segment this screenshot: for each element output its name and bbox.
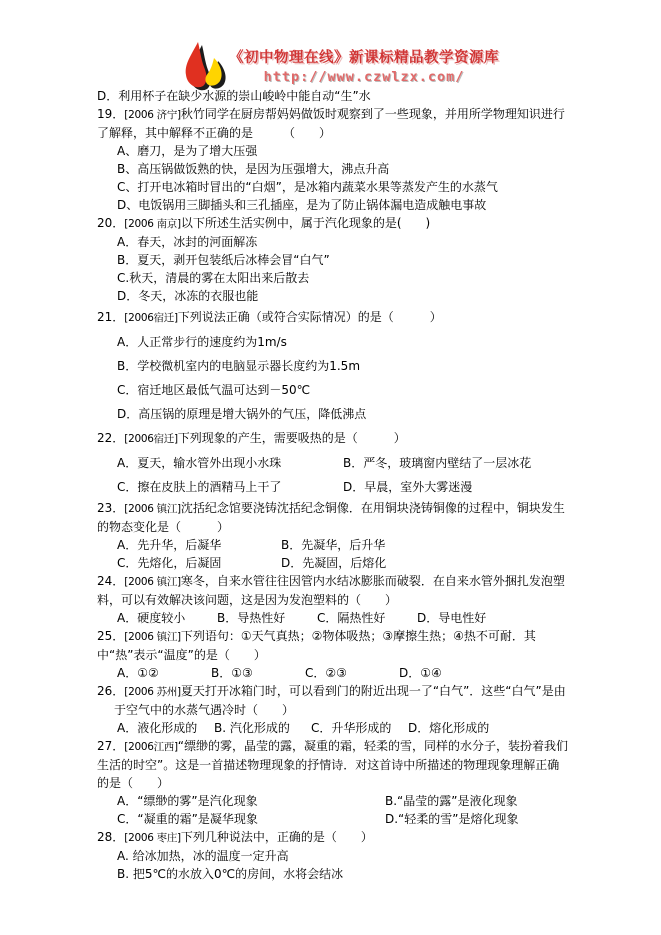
question-source-tag: [2006 镇江] [124,631,181,643]
question-22-option-b: B．严冬，玻璃窗内壁结了一层冰花 [343,451,531,475]
question-19-option-b: B、高压锅做饭熟的快，是因为压强增大，沸点升高 [97,160,569,178]
question-26-stem: 26．[2006 苏州]夏天打开冰箱门时，可以看到门的附近出现一了“白气”．这些… [97,682,569,719]
question-25-option-c: C．②③ [305,664,399,682]
question-27-option-b: B.“晶莹的露”是液化现象 [385,792,517,810]
question-23-option-b: B．先凝华，后升华 [281,536,385,554]
question-number: 19． [97,107,124,121]
question-21-option-b: B．学校微机室内的电脑显示器长度约为1.5m [97,354,569,378]
question-source-tag: [2006 镇江] [124,503,181,515]
question-24-option-b: B．导热性好 [217,609,317,627]
question-number: 28． [97,830,124,844]
question-25-option-d: D．①④ [399,664,442,682]
question-22: 22．[2006宿迁]下列现象的产生，需要吸热的是（ ） A．夏天，输水管外出现… [97,426,569,499]
question-19-option-d: D、电饭锅用三脚插头和三孔插座，是为了防止锅体漏电造成触电事故 [97,196,569,214]
question-source-tag: [2006 镇江] [124,576,181,588]
question-21: 21．[2006宿迁]下列说法正确（或符合实际情况）的是（ ） A．人正常步行的… [97,305,569,426]
question-23-options-row-1: A．先升华，后凝华B．先凝华，后升华 [97,536,569,554]
question-20: 20．[2006 南京]以下所述生活实例中，属于汽化现象的是( ) A．春天，冰… [97,214,569,305]
question-text: 夏天打开冰箱门时，可以看到门的附近出现一了“白气”．这些“白气”是由于空气中的水… [114,684,566,717]
question-22-options-row-1: A．夏天，输水管外出现小水珠B．严冬，玻璃窗内壁结了一层冰花 [97,451,569,475]
question-20-option-d: D．冬天，冰冻的衣服也能 [97,287,569,305]
question-source-tag: [2006 苏州] [124,686,181,698]
question-number: 21． [97,310,124,324]
question-27-option-c: C．“凝重的霜”是凝华现象 [117,810,385,828]
question-27-option-a: A．“缥缈的雾”是汽化现象 [117,792,385,810]
question-26-option-c: C．升华形成的 [311,719,408,737]
question-22-option-c: C．擦在皮肤上的酒精马上干了 [117,475,343,499]
question-19: 19．[2006 济宁]秋竹同学在厨房帮妈妈做饭时观察到了一些现象，并用所学物理… [97,105,569,214]
question-23-stem: 23．[2006 镇江]沈括纪念馆要浇铸沈括纪念铜像．在用铜块浇铸铜像的过程中，… [97,499,569,536]
question-26: 26．[2006 苏州]夏天打开冰箱门时，可以看到门的附近出现一了“白气”．这些… [97,682,569,737]
question-23-option-a: A．先升华，后凝华 [117,536,281,554]
previous-question-option-d: D．利用杯子在缺少水源的崇山峻岭中能自动“生”水 [97,87,569,105]
question-24-stem: 24．[2006 镇江]寒冬，自来水管往往因管内水结冰膨胀而破裂．在自来水管外捆… [97,572,569,609]
question-27-options-row-1: A．“缥缈的雾”是汽化现象B.“晶莹的露”是液化现象 [97,792,569,810]
question-number: 27． [97,739,124,753]
question-26-option-a: A．液化形成的 [117,719,214,737]
question-number: 26． [97,684,124,698]
question-number: 24． [97,574,124,588]
question-20-option-a: A．春天，冰封的河面解冻 [97,233,569,251]
question-source-tag: [2006 南京] [124,218,181,230]
question-number: 22． [97,431,124,445]
question-20-option-b: B．夏天，剥开包装纸后冰棒会冒“白气” [97,251,569,269]
question-source-tag: [2006 枣庄] [124,832,181,844]
question-number: 25． [97,629,124,643]
question-22-option-d: D．早晨，室外大雾迷漫 [343,475,472,499]
question-text: 下列几种说法中，正确的是（ ） [181,830,373,844]
question-22-options-row-2: C．擦在皮肤上的酒精马上干了D．早晨，室外大雾迷漫 [97,475,569,499]
question-text: 以下所述生活实例中，属于汽化现象的是( ) [181,216,430,230]
question-source-tag: [2006宿迁] [124,433,178,445]
question-24-option-a: A．硬度较小 [117,609,217,627]
question-25-stem: 25．[2006 镇江]下列语句：①天气真热；②物体吸热；③摩擦生热；④热不可耐… [97,627,569,664]
banner-title: 《初中物理在线》新课标精品教学资源库 [229,46,499,67]
question-text: 下列现象的产生，需要吸热的是（ ） [178,431,406,445]
question-23-option-d: D．先凝固，后熔化 [281,554,386,572]
question-22-option-a: A．夏天，输水管外出现小水珠 [117,451,343,475]
question-26-option-b: B. 汽化形成的 [214,719,311,737]
question-24-option-c: C．隔热性好 [317,609,417,627]
question-27-option-d: D.“轻柔的雪”是熔化现象 [385,810,519,828]
question-28-option-a: A. 给冰加热，冰的温度一定升高 [97,847,569,865]
site-banner: 《初中物理在线》新课标精品教学资源库 http://www.czwlzx.com… [184,42,499,92]
question-20-stem: 20．[2006 南京]以下所述生活实例中，属于汽化现象的是( ) [97,214,569,233]
question-source-tag: [2006宿迁] [124,312,178,324]
question-23: 23．[2006 镇江]沈括纪念馆要浇铸沈括纪念铜像．在用铜块浇铸铜像的过程中，… [97,499,569,572]
question-source-tag: [2006江西] [124,741,178,753]
question-number: 20． [97,216,124,230]
question-19-option-a: A、磨刀，是为了增大压强 [97,142,569,160]
question-24-options-row: A．硬度较小B．导热性好C．隔热性好D．导电性好 [97,609,569,627]
question-23-option-c: C．先熔化，后凝固 [117,554,281,572]
banner-url: http://www.czwlzx.com/ [229,69,499,85]
question-number: 23． [97,501,124,515]
question-text: 下列说法正确（或符合实际情况）的是（ ） [178,310,442,324]
question-22-stem: 22．[2006宿迁]下列现象的产生，需要吸热的是（ ） [97,426,569,451]
question-source-tag: [2006 济宁] [124,109,181,121]
question-24-option-d: D．导电性好 [417,609,486,627]
question-27-options-row-2: C．“凝重的霜”是凝华现象D.“轻柔的雪”是熔化现象 [97,810,569,828]
question-28-stem: 28．[2006 枣庄]下列几种说法中，正确的是（ ） [97,828,569,847]
question-28-option-b: B. 把5℃的水放入0℃的房间，水将会结冰 [97,865,569,883]
question-26-options-row: A．液化形成的B. 汽化形成的C．升华形成的D．熔化形成的 [97,719,569,737]
question-25-option-a: A．①② [117,664,211,682]
question-27: 27．[2006江西]“缥缈的雾，晶莹的露，凝重的霜，轻柔的雪，同样的水分子，装… [97,737,569,828]
question-23-options-row-2: C．先熔化，后凝固D．先凝固，后熔化 [97,554,569,572]
banner-text: 《初中物理在线》新课标精品教学资源库 http://www.czwlzx.com… [229,42,499,85]
question-21-option-d: D．高压锅的原理是增大锅外的气压，降低沸点 [97,402,569,426]
exam-content: D．利用杯子在缺少水源的崇山峻岭中能自动“生”水 19．[2006 济宁]秋竹同… [97,87,569,883]
question-21-stem: 21．[2006宿迁]下列说法正确（或符合实际情况）的是（ ） [97,305,569,330]
question-19-stem: 19．[2006 济宁]秋竹同学在厨房帮妈妈做饭时观察到了一些现象，并用所学物理… [97,105,569,142]
question-24: 24．[2006 镇江]寒冬，自来水管往往因管内水结冰膨胀而破裂．在自来水管外捆… [97,572,569,627]
question-25-option-b: B．①③ [211,664,305,682]
question-20-option-c: C.秋天，清晨的雾在太阳出来后散去 [97,269,569,287]
question-21-option-c: C．宿迁地区最低气温可达到－50℃ [97,378,569,402]
question-25: 25．[2006 镇江]下列语句：①天气真热；②物体吸热；③摩擦生热；④热不可耐… [97,627,569,682]
question-25-options-row: A．①②B．①③C．②③D．①④ [97,664,569,682]
question-28: 28．[2006 枣庄]下列几种说法中，正确的是（ ） A. 给冰加热，冰的温度… [97,828,569,883]
question-21-option-a: A．人正常步行的速度约为1m/s [97,330,569,354]
question-27-stem: 27．[2006江西]“缥缈的雾，晶莹的露，凝重的霜，轻柔的雪，同样的水分子，装… [97,737,569,792]
site-logo-flame-icon [184,42,228,92]
question-19-option-c: C、打开电冰箱时冒出的“白烟”，是冰箱内蔬菜水果等蒸发产生的水蒸气 [97,178,569,196]
document-page: 《初中物理在线》新课标精品教学资源库 http://www.czwlzx.com… [0,0,661,935]
question-26-option-d: D．熔化形成的 [408,719,489,737]
